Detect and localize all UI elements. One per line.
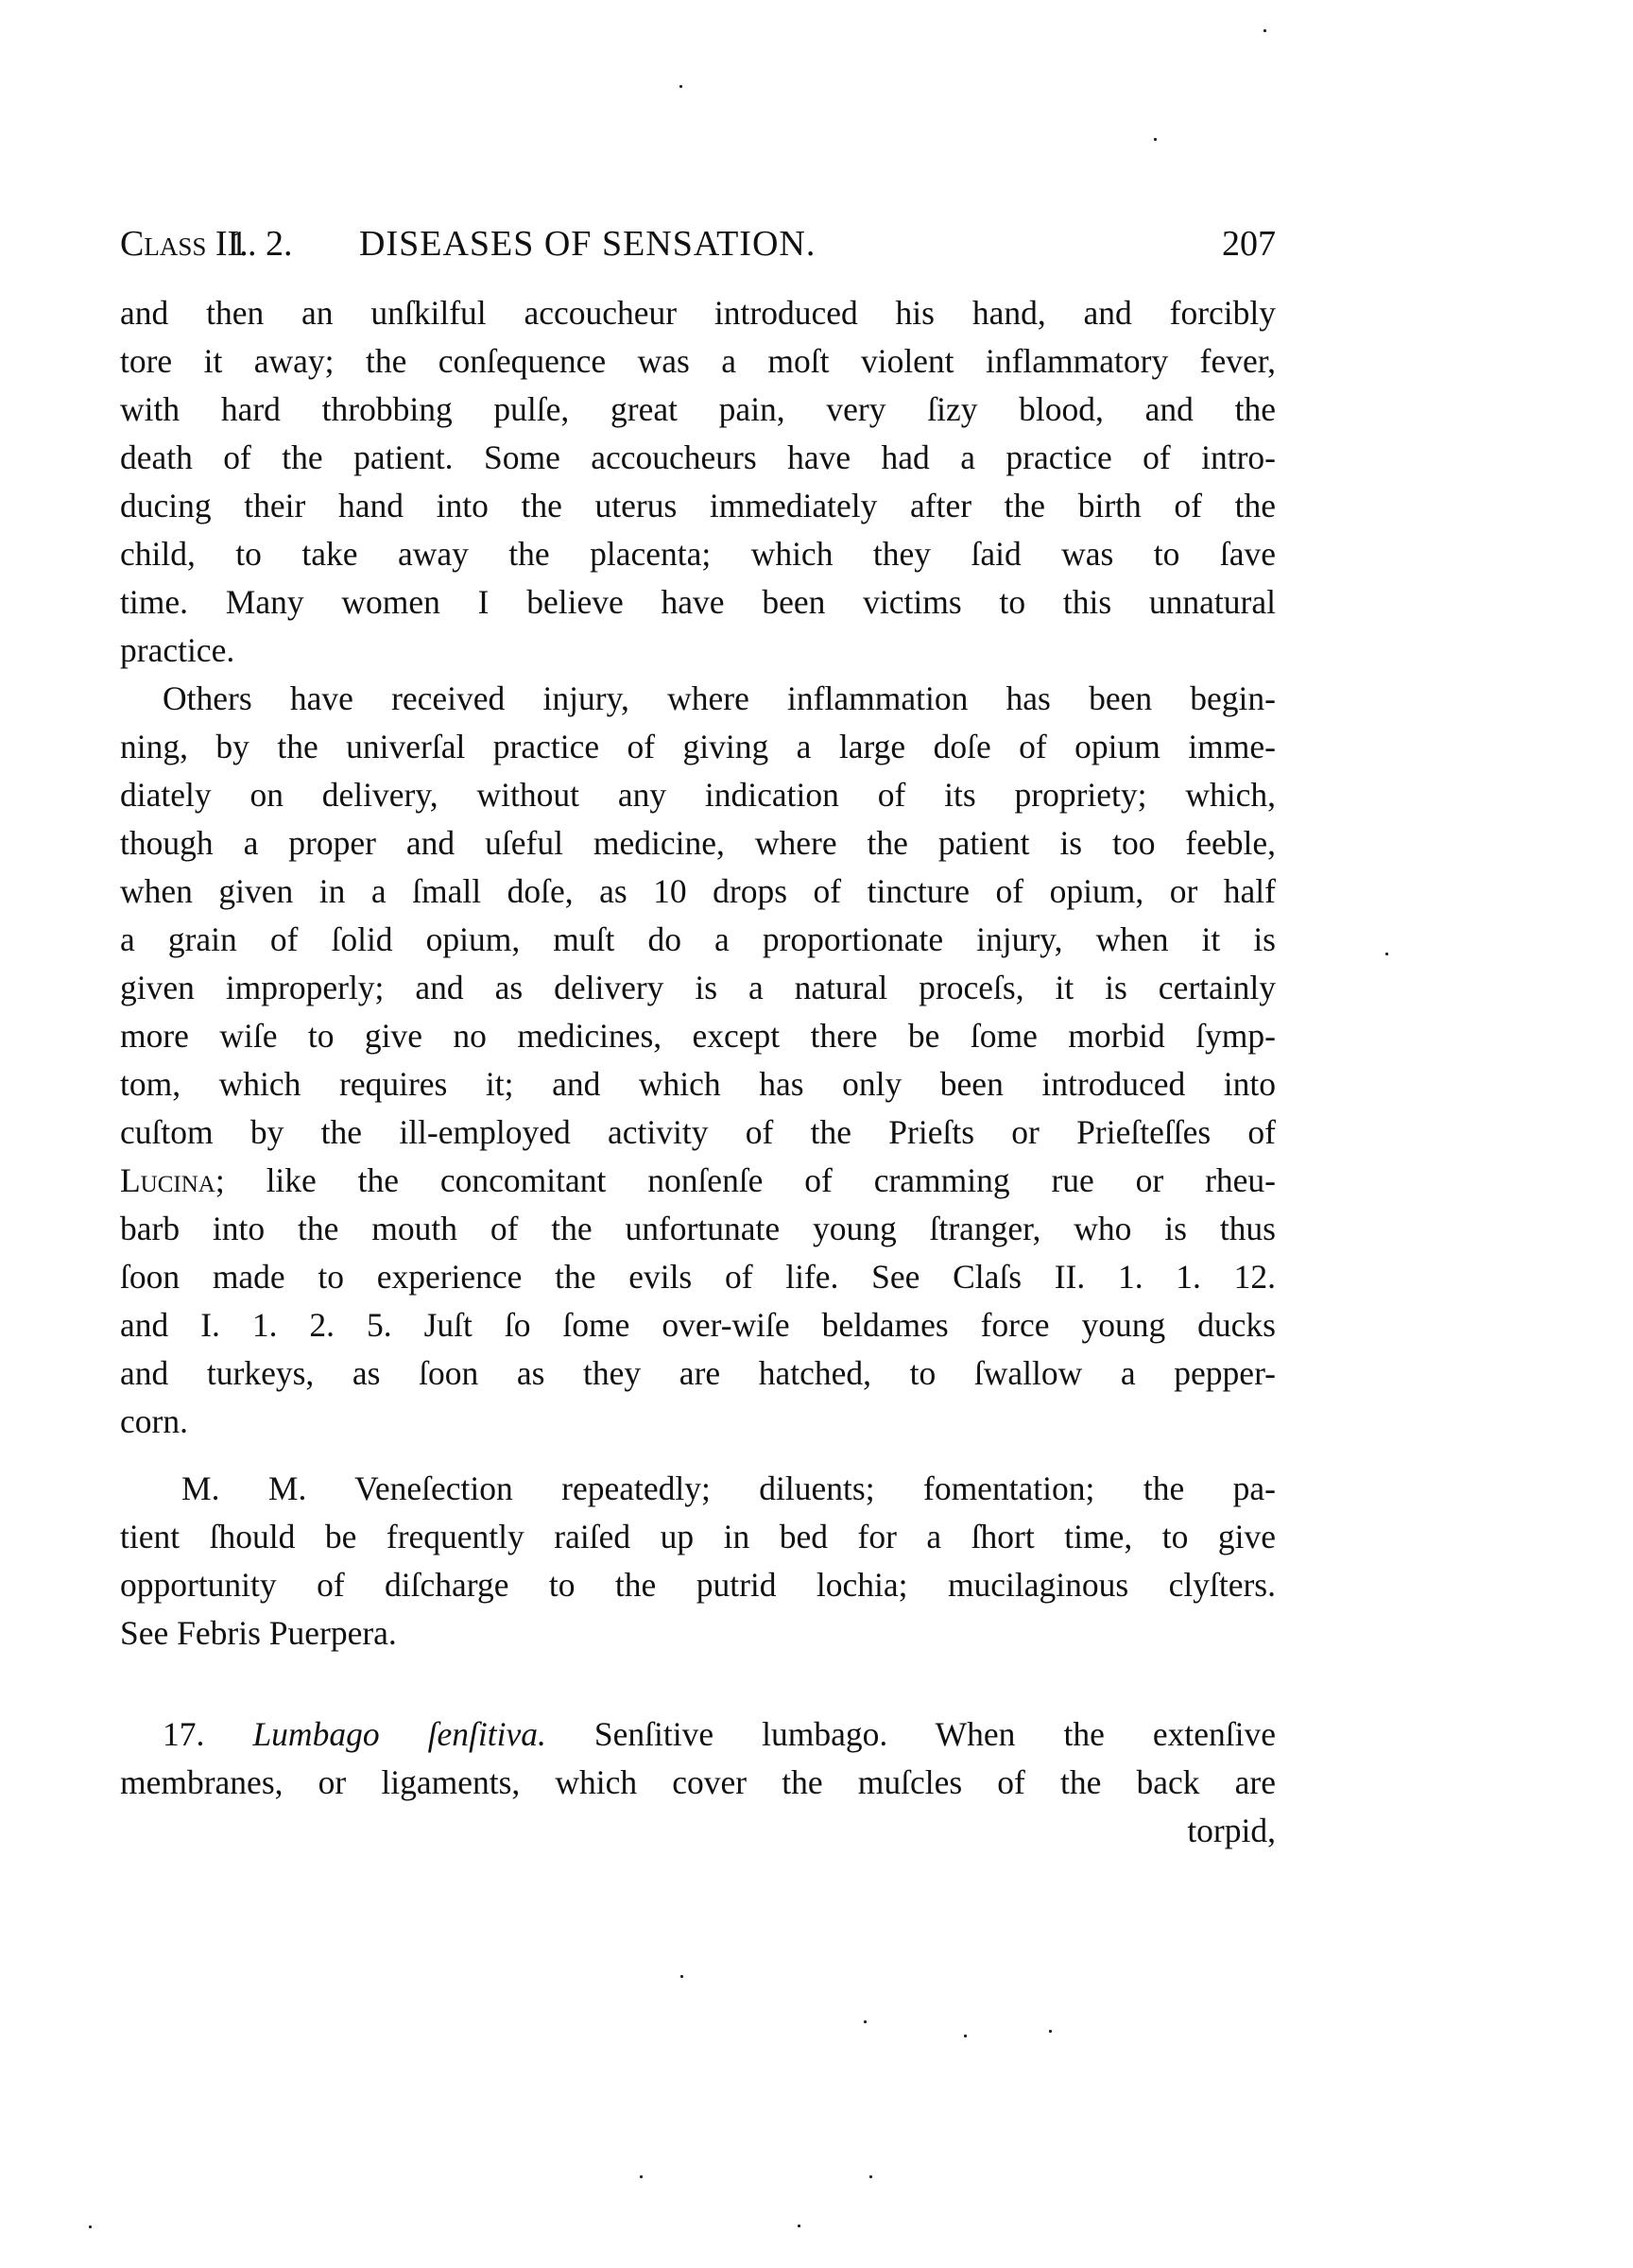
text-line: and then an unſkilful accoucheur introdu… bbox=[120, 289, 1276, 337]
text-line: tore it away; the conſequence was a moſt… bbox=[120, 337, 1276, 386]
scan-speck bbox=[964, 2035, 967, 2037]
text-line: more wiſe to give no medicines, except t… bbox=[120, 1012, 1276, 1060]
name-lucina: Lucina bbox=[120, 1161, 215, 1199]
text-line: death of the patient. Some accoucheurs h… bbox=[120, 434, 1276, 482]
entry-term: Lumbago ſenſitiva. bbox=[252, 1715, 545, 1753]
text-line: ducing their hand into the uterus immedi… bbox=[120, 482, 1276, 530]
text-line: practice. bbox=[120, 627, 1276, 675]
scan-speck bbox=[89, 2225, 92, 2228]
text-line: membranes, or ligaments, which cover the… bbox=[120, 1759, 1276, 1807]
page-number: 207 bbox=[1222, 223, 1276, 265]
text-line: given improperly; and as delivery is a n… bbox=[120, 964, 1276, 1012]
text-line: tient ſhould be frequently raiſed up in … bbox=[120, 1513, 1276, 1561]
text-line-rest: Senſitive lumbago. When the extenſive bbox=[594, 1715, 1276, 1753]
text-line: time. Many women I believe have been vic… bbox=[120, 578, 1276, 627]
text-line: and turkeys, as ſoon as they are hatched… bbox=[120, 1349, 1276, 1398]
text-line: corn. bbox=[120, 1398, 1276, 1446]
catchword: torpid, bbox=[120, 1807, 1276, 1855]
text-line: ning, by the univerſal practice of givin… bbox=[120, 723, 1276, 771]
scan-speck bbox=[679, 85, 682, 88]
scan-speck bbox=[1263, 29, 1266, 32]
scan-speck bbox=[680, 1975, 683, 1978]
text-line: ſoon made to experience the evils of lif… bbox=[120, 1253, 1276, 1301]
scan-speck bbox=[864, 2020, 867, 2023]
text-line: diately on delivery, without any indicat… bbox=[120, 771, 1276, 819]
text-line: barb into the mouth of the unfortunate y… bbox=[120, 1205, 1276, 1253]
text-line: opportunity of diſcharge to the putrid l… bbox=[120, 1561, 1276, 1609]
text-line: tom, which requires it; and which has on… bbox=[120, 1060, 1276, 1108]
scan-speck bbox=[1154, 138, 1157, 141]
running-head: Class II. 1. 2. DISEASES OF SENSATION. 2… bbox=[120, 223, 1276, 265]
text-line: cuſtom by the ill-employed activity of t… bbox=[120, 1108, 1276, 1157]
text-line: M. M. Veneſection repeatedly; diluents; … bbox=[181, 1465, 1276, 1513]
scan-speck bbox=[869, 2175, 872, 2178]
entry-number: 17. bbox=[163, 1715, 204, 1753]
scan-speck bbox=[798, 2225, 800, 2227]
scan-speck bbox=[1385, 953, 1388, 955]
running-head-title: DISEASES OF SENSATION. bbox=[359, 223, 816, 265]
running-head-section: 1. 2. bbox=[230, 223, 293, 265]
text-line: 17. Lumbago ſenſitiva. Senſitive lumbago… bbox=[163, 1710, 1276, 1759]
text-line: Lucina; like the concomitant nonſenſe of… bbox=[120, 1157, 1276, 1205]
text-line: See Febris Puerpera. bbox=[120, 1609, 1276, 1658]
text-line: child, to take away the placenta; which … bbox=[120, 530, 1276, 578]
text-line: when given in a ſmall doſe, as 10 drops … bbox=[120, 868, 1276, 916]
text-line-rest: ; like the concomitant nonſenſe of cramm… bbox=[215, 1161, 1276, 1199]
book-page: Class II. 1. 2. DISEASES OF SENSATION. 2… bbox=[0, 0, 1633, 2268]
text-line: with hard throbbing pulſe, great pain, v… bbox=[120, 386, 1276, 434]
text-line: a grain of ſolid opium, muſt do a propor… bbox=[120, 916, 1276, 964]
text-line: and I. 1. 2. 5. Juſt ſo ſome over-wiſe b… bbox=[120, 1301, 1276, 1349]
scan-speck bbox=[1049, 2030, 1052, 2033]
text-line: though a proper and uſeful medicine, whe… bbox=[120, 819, 1276, 868]
scan-speck bbox=[640, 2175, 643, 2178]
text-line: Others have received injury, where infla… bbox=[163, 675, 1276, 723]
